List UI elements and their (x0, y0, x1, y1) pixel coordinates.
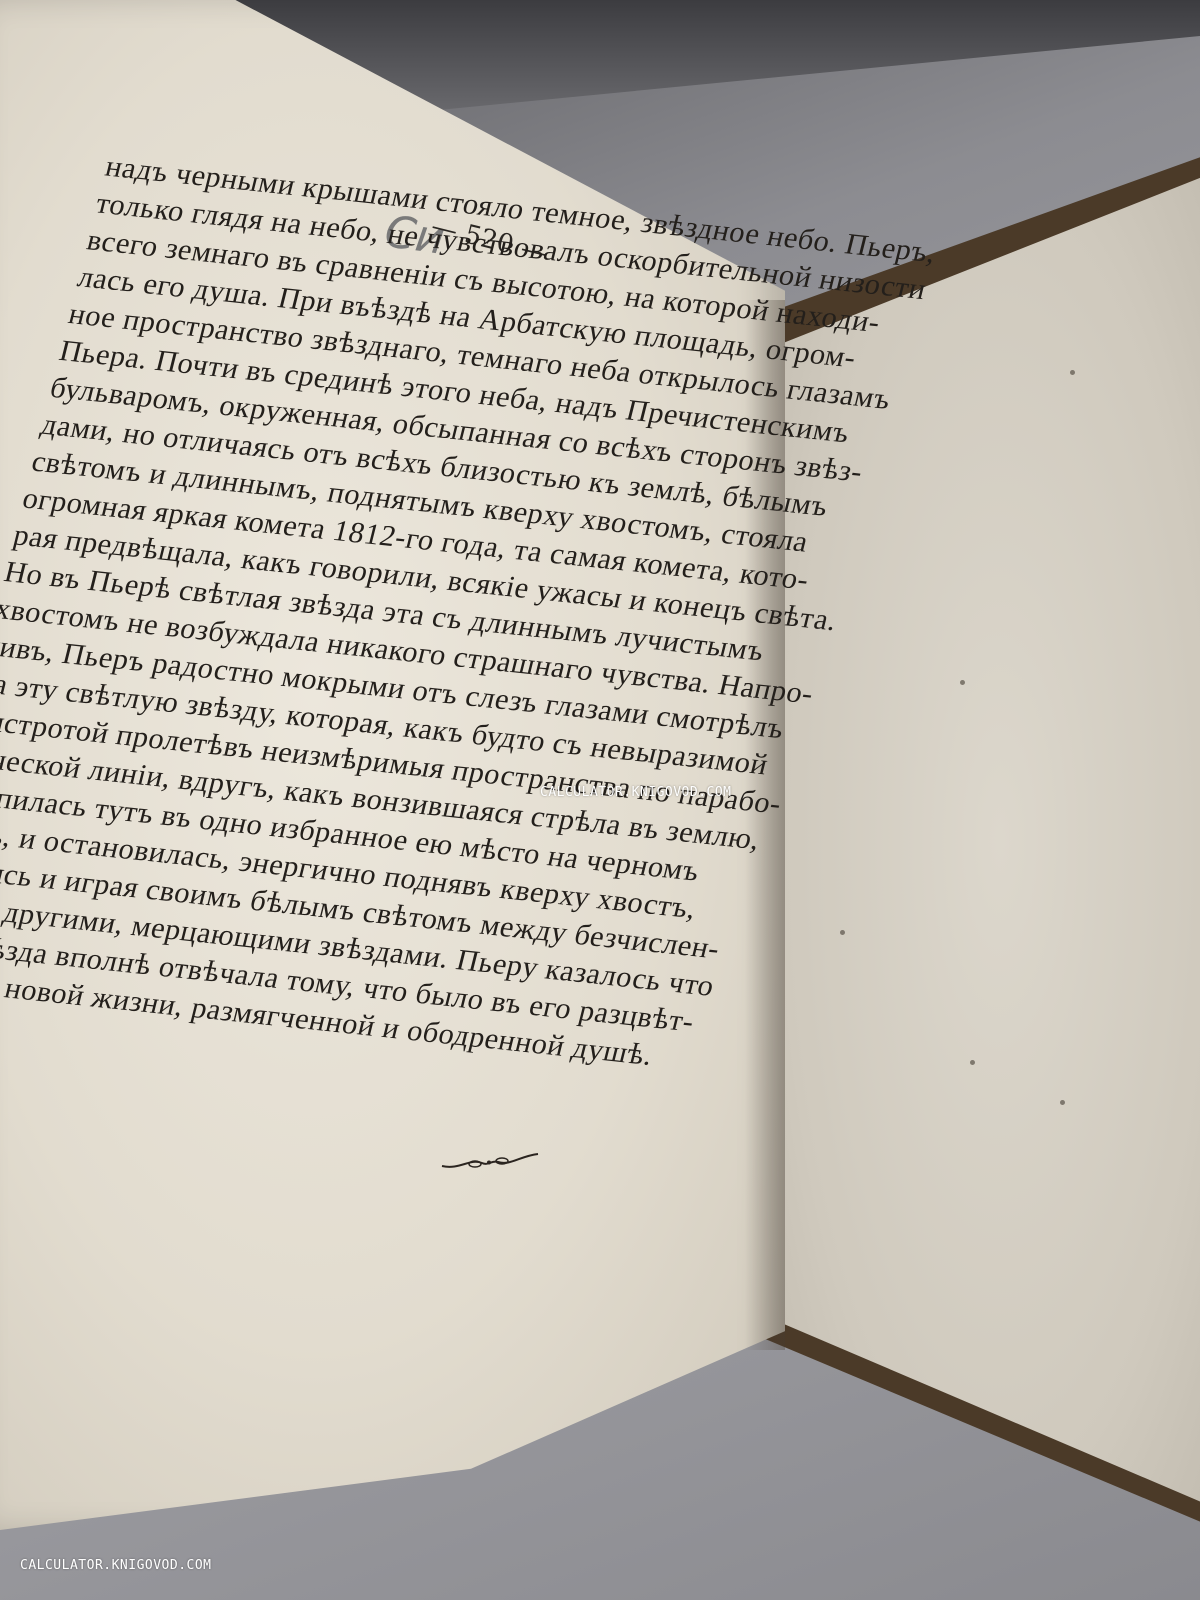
ornament-flourish-icon (440, 1150, 540, 1172)
paper-speck (970, 1060, 975, 1065)
paper-speck (1070, 370, 1075, 375)
paper-speck (1060, 1100, 1065, 1105)
paper-speck (840, 930, 845, 935)
watermark-center: CALCULATOR.KNIGOVOD.COM (540, 785, 732, 800)
watermark-bottom-left: CALCULATOR.KNIGOVOD.COM (20, 1558, 212, 1573)
paper-speck (960, 680, 965, 685)
